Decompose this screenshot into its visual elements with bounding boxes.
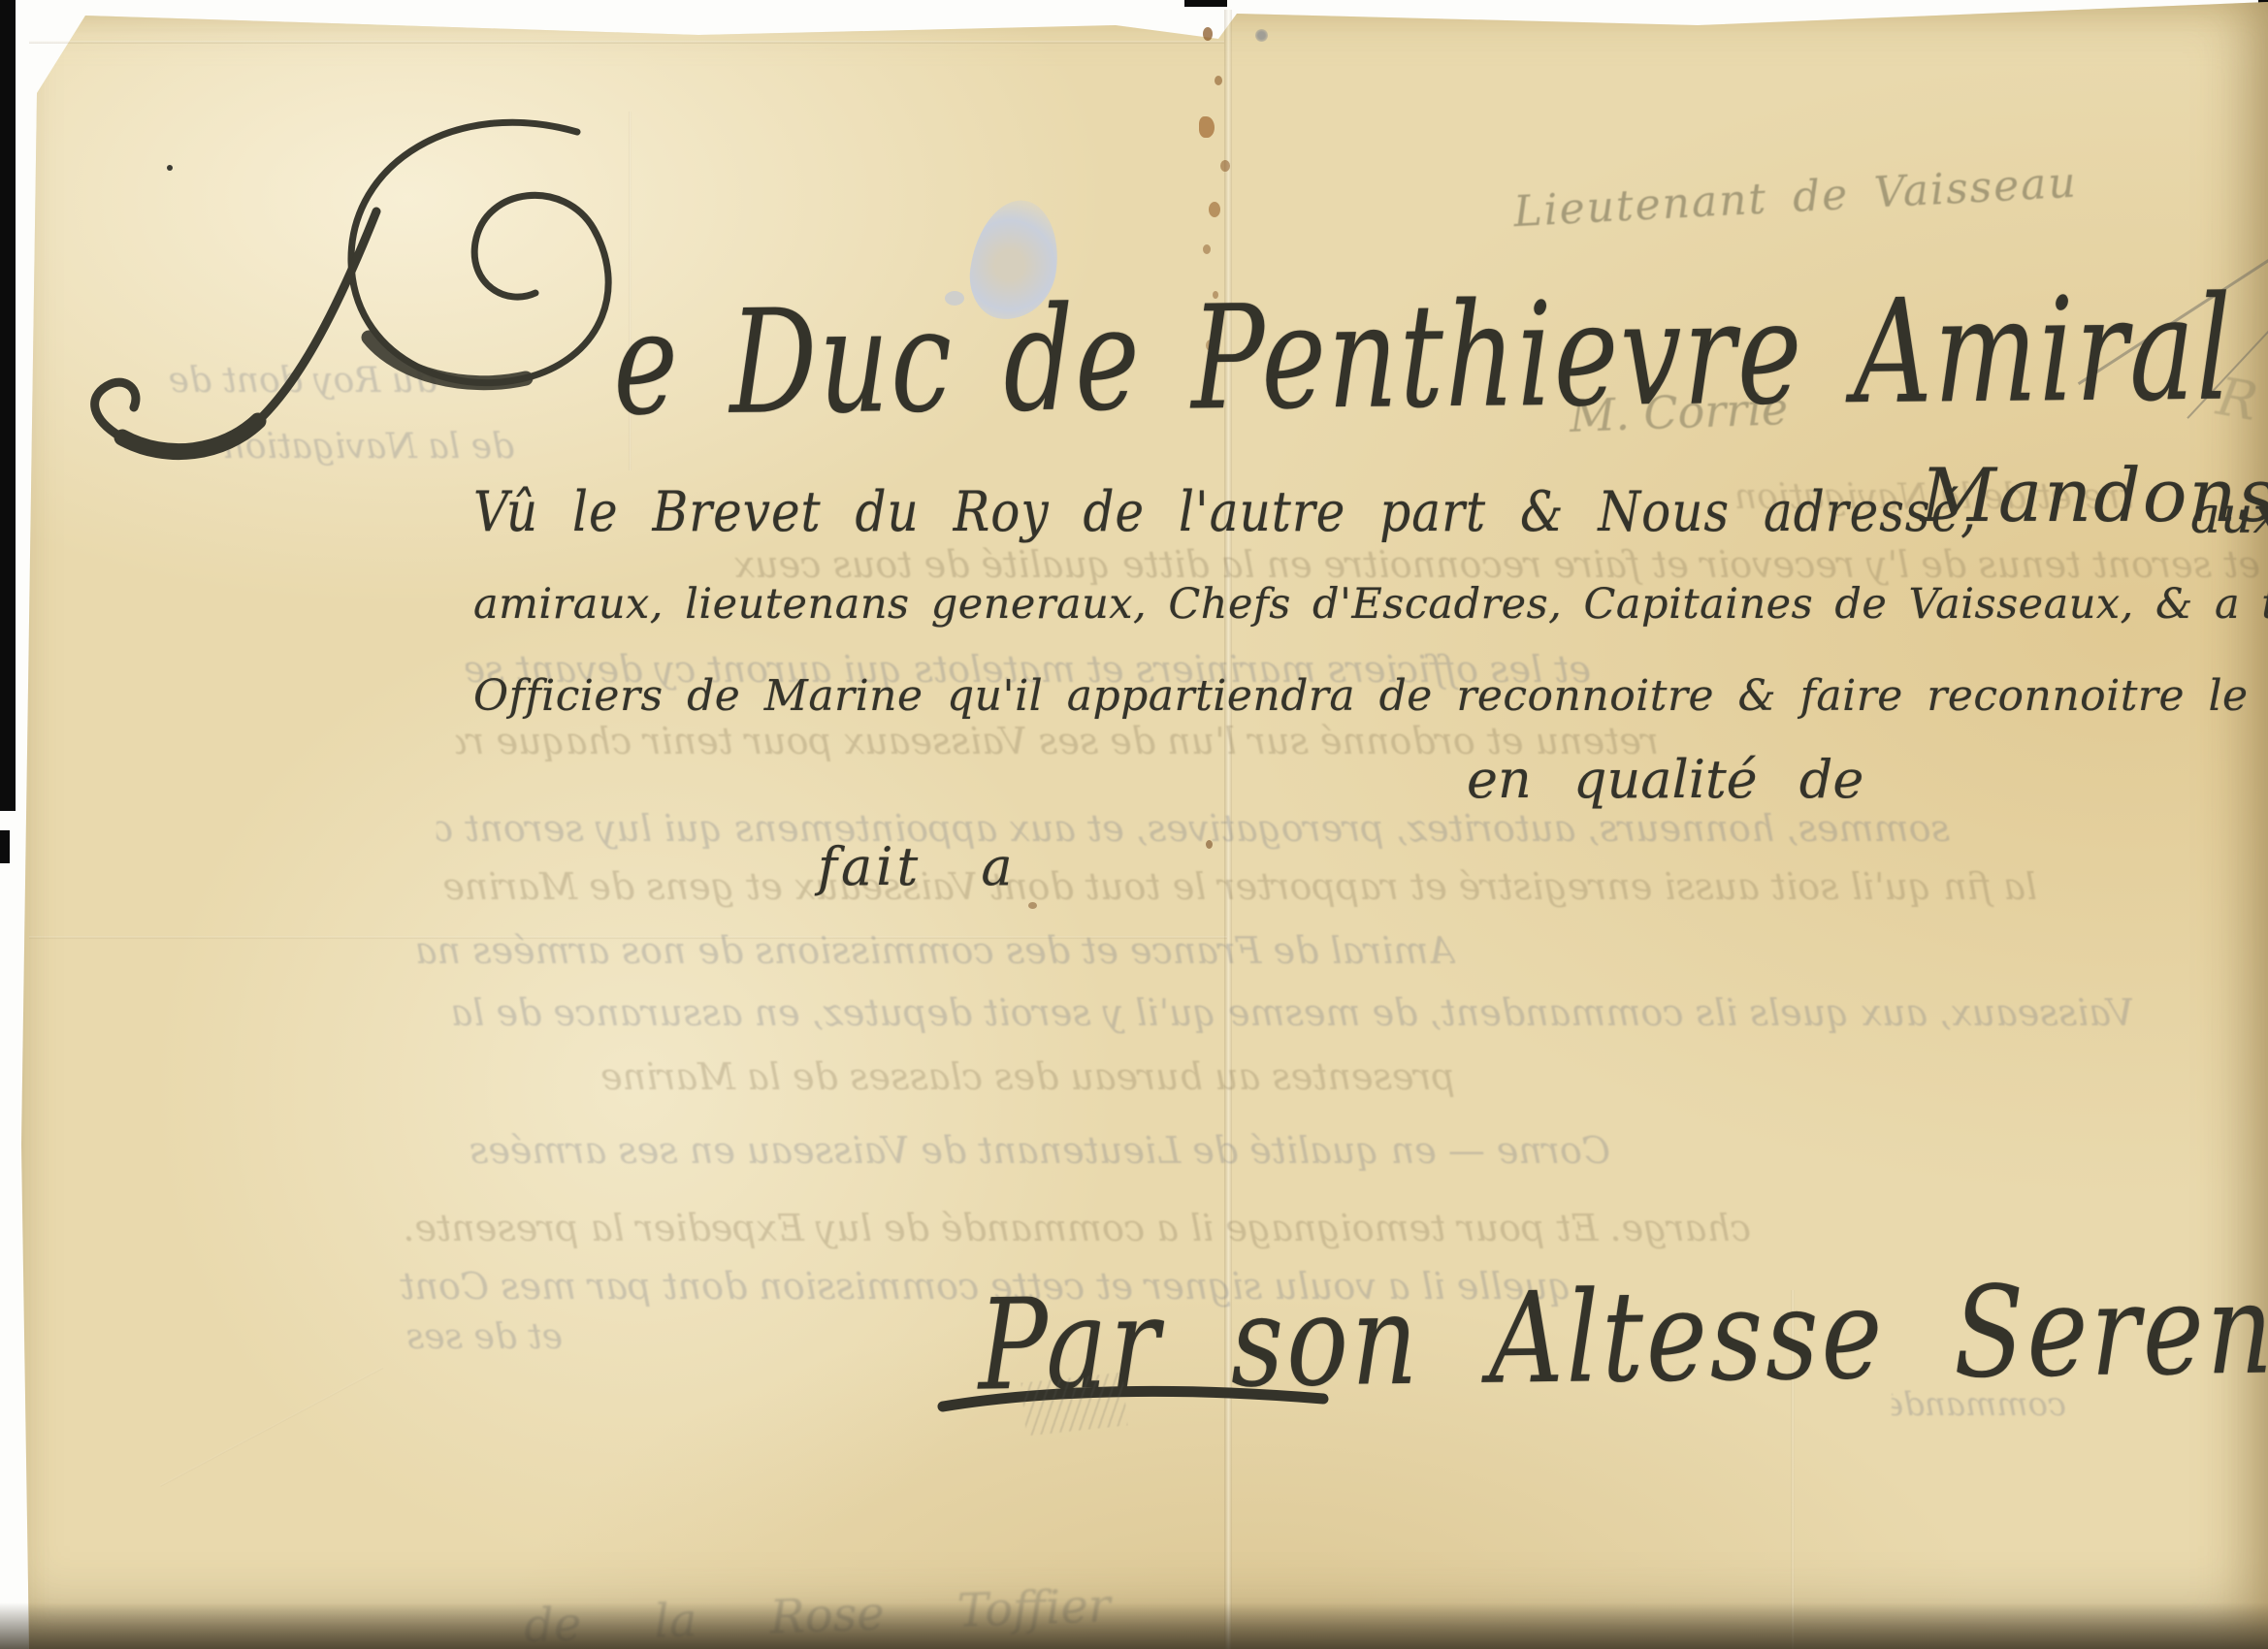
closing-line: Par son Altesse Serenissi <box>978 1254 2268 1419</box>
bleedthrough-line: sommes, honneurs, autoritez, prerogative… <box>437 807 1950 850</box>
bleedthrough-line: et de ses <box>398 1317 563 1357</box>
bleedthrough-line: charge. Et pour temoignage il a commandé… <box>403 1207 1751 1249</box>
foxing-spot <box>1199 116 1215 138</box>
document-title: e Duc de Penthievre Amiral de Fra <box>613 262 2268 447</box>
body-line1: Vû le Brevet du Roy de l'autre part & No… <box>473 479 1977 544</box>
bleedthrough-line: la fin qu'il soit aussi enregistré et ra… <box>427 865 2037 908</box>
scanned-parchment-document: du Roy dont de de la Navigation tre et d… <box>0 0 2268 1649</box>
qualite-line: en qualité de <box>1467 749 1863 810</box>
pencil-hatch-scribble <box>1021 1373 1127 1437</box>
bottom-scan-shadow <box>0 1602 2268 1649</box>
gray-spot <box>1255 29 1268 42</box>
bleedthrough-line: Corne — en qualité de Lieutenant de Vais… <box>407 1129 1610 1172</box>
foxing-spot <box>1215 76 1222 85</box>
body-line2: amiraux, lieutenans generaux, Chefs d'Es… <box>473 580 2268 629</box>
fait-a-line: fait a <box>818 836 1017 897</box>
top-left-crease <box>29 41 1224 44</box>
scan-edge-left-fragment <box>0 830 10 863</box>
foxing-spot <box>1203 27 1213 41</box>
scan-edge-left-strip <box>0 0 16 811</box>
bleedthrough-line: presentes au bureau des classes de la Ma… <box>582 1055 1455 1098</box>
bleedthrough-line: Vaisseaux, aux quels ils commandent, de … <box>407 991 2134 1034</box>
scan-edge-top-mark <box>1184 0 1227 7</box>
foxing-spot <box>1209 202 1220 217</box>
body-line1-aux: aux <box>2190 487 2268 545</box>
bleedthrough-line: Amiral de France et des commissions de n… <box>417 929 1455 972</box>
foxing-spot <box>1220 160 1230 172</box>
foxing-spot <box>1203 244 1211 254</box>
body-line3: Officiers de Marine qu'il appartiendra d… <box>473 671 2268 721</box>
